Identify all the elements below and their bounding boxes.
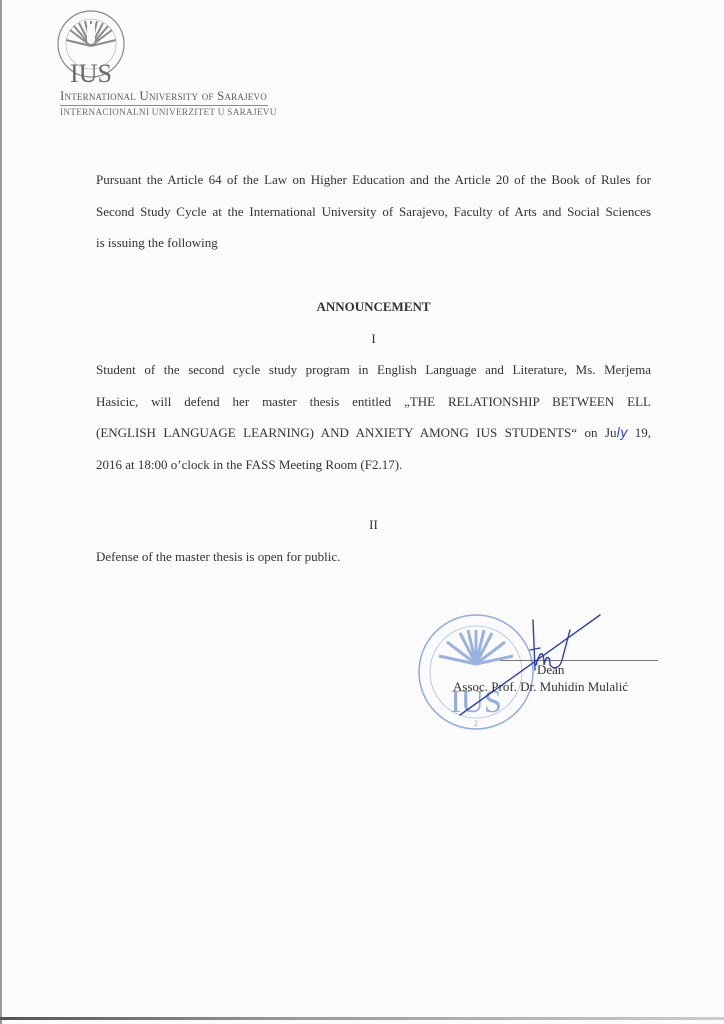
- section-1-line-4: 2016 at 18:00 o’clock in the FASS Meetin…: [96, 457, 402, 473]
- svg-text:2: 2: [474, 719, 478, 728]
- section-1-numeral: I: [96, 331, 651, 347]
- section-2-text: Defense of the master thesis is open for…: [96, 549, 340, 565]
- university-name-bs: INTERNACIONALNI UNIVERZITET U SARAJEVU: [60, 107, 277, 117]
- preamble-line-3: is issuing the following: [96, 235, 218, 251]
- preamble-line-2: Second Study Cycle at the International …: [96, 204, 651, 220]
- handwritten-month: ly: [617, 426, 628, 441]
- svg-text:IUS: IUS: [70, 59, 112, 88]
- section-1-line-3: (ENGLISH LANGUAGE LEARNING) AND ANXIETY …: [96, 425, 651, 441]
- preamble-line-1: Pursuant the Article 64 of the Law on Hi…: [96, 172, 651, 188]
- scan-edge: [0, 0, 2, 1024]
- section-1-line-3-text: (ENGLISH LANGUAGE LEARNING) AND ANXIETY …: [96, 425, 617, 440]
- university-name-en: International University of Sarajevo: [60, 88, 268, 106]
- section-1-line-2: Hasicic, will defend her master thesis e…: [96, 394, 651, 410]
- date-day: 19,: [628, 425, 651, 440]
- signer-name: Assoc. Prof. Dr. Muhidin Mulalić: [453, 679, 628, 695]
- announcement-title: ANNOUNCEMENT: [96, 299, 651, 315]
- university-logo-icon: IUS: [52, 8, 130, 88]
- handwritten-signature-icon: [440, 610, 610, 720]
- section-1-line-1: Student of the second cycle study progra…: [96, 362, 651, 378]
- page-bottom-edge: [0, 1017, 724, 1020]
- signer-role: Dean: [537, 662, 564, 678]
- section-2-numeral: II: [96, 517, 651, 533]
